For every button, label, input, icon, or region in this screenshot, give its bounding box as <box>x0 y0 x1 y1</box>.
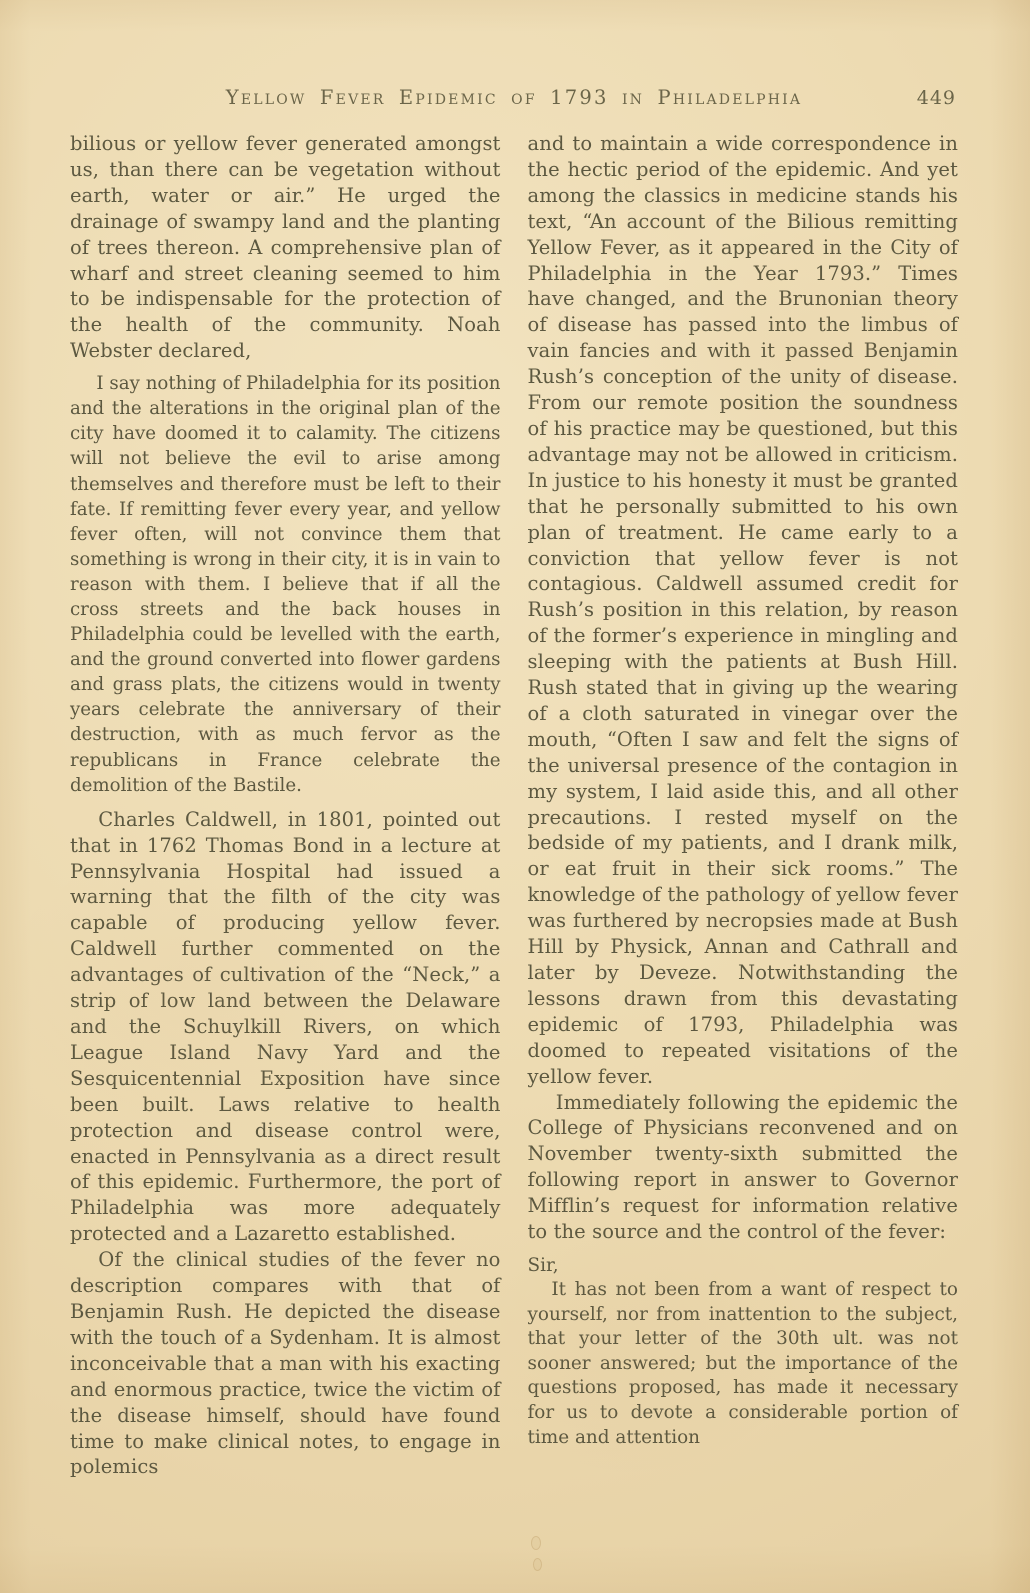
page-header: Yellow Fever Epidemic of 1793 in Philade… <box>70 86 958 114</box>
letter-paragraph: It has not been from a want of respect t… <box>528 1278 959 1450</box>
paragraph-caldwell: Charles Caldwell, in 1801, pointed out t… <box>70 807 501 1247</box>
bleed-through-mark <box>531 1536 541 1550</box>
page-number: 449 <box>917 87 956 109</box>
scanned-book-page: Yellow Fever Epidemic of 1793 in Philade… <box>0 0 1030 1593</box>
letter-salutation: Sir, <box>528 1254 959 1278</box>
paragraph-college-report: Immediately following the epidemic the C… <box>528 1090 959 1245</box>
text-columns: bilious or yellow fever generated amongs… <box>70 131 958 1480</box>
block-quote-webster: I say nothing of Philadelphia for its po… <box>70 371 501 798</box>
paragraph-continuation: bilious or yellow fever generated amongs… <box>70 131 501 364</box>
bleed-through-mark <box>533 1558 542 1571</box>
paragraph-continuation: and to maintain a wide correspondence in… <box>528 131 959 1090</box>
paragraph-clinical-studies: Of the clinical studies of the fever no … <box>70 1247 501 1480</box>
right-column: and to maintain a wide correspondence in… <box>528 131 959 1480</box>
running-title: Yellow Fever Epidemic of 1793 in Philade… <box>70 86 958 109</box>
left-column: bilious or yellow fever generated amongs… <box>70 131 501 1480</box>
